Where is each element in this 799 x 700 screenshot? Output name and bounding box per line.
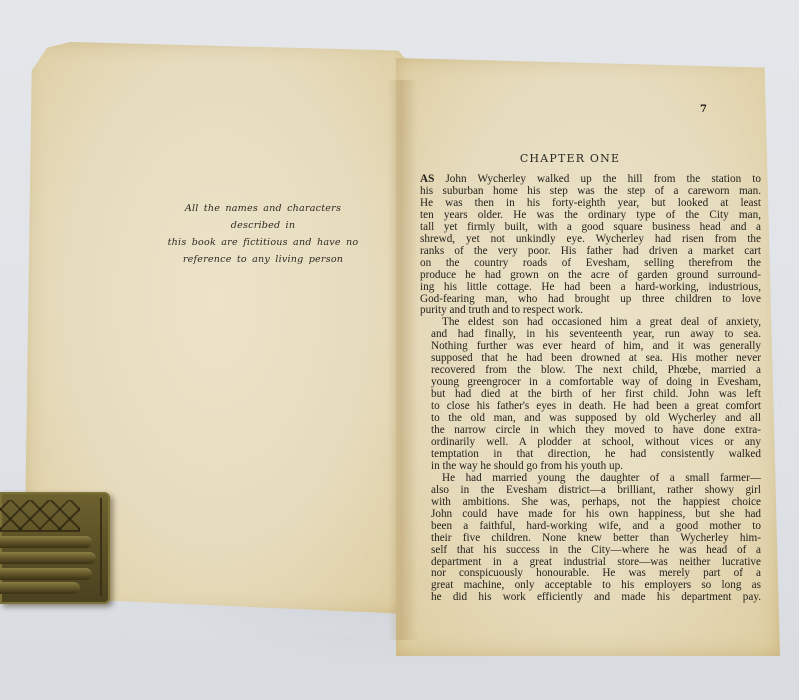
bookmark-rib [0,582,80,594]
text-line: shrewd, yet not unkindly eye. Wycherley … [420,234,761,246]
text-line: tall yet firmly built, with a good squar… [420,222,761,234]
paragraph: AS John Wycherley walked up the hill fro… [420,174,761,317]
lattice-pattern [0,500,80,532]
paragraph: The eldest son had occasioned him a grea… [420,317,761,472]
page-number: 7 [700,104,707,115]
disclaimer-line: reference to any living person [158,251,368,268]
text-line: on the country roads of Evesham, selling… [420,258,761,270]
text-line: ranks of the very poor. His father had d… [420,246,761,258]
bookmark-frame [100,498,102,596]
text-line: been a faithful, hard-working wife, and … [420,521,761,533]
book-gutter [388,80,418,640]
disclaimer-line: All the names and characters described i… [158,200,368,234]
bookmark-rib [0,568,92,580]
chapter-title: CHAPTER ONE [470,152,670,165]
text-line: produce he had grown on the acre of gard… [420,270,761,282]
bookmark-rib [0,552,96,564]
dropcap: AS [420,173,434,185]
text-line: ing his little cottage. He had been a ha… [420,282,761,294]
brass-bookmark-clip [0,492,110,604]
text-line: self that his success in the City—where … [420,545,761,557]
disclaimer-line: this book are fictitious and have no [158,234,368,251]
paragraph: He had married young the daughter of a s… [420,473,761,604]
fiction-disclaimer: All the names and characters described i… [158,200,368,268]
chapter-body: AS John Wycherley walked up the hill fro… [420,174,761,604]
text-line: John could have made for his own happine… [420,509,761,521]
text-line: also in the Evesham district—a brilliant… [420,485,761,497]
text-line: he did his work efficiently and made his… [420,592,761,604]
bookmark-rib [0,536,92,548]
text-line: their five children. None knew better th… [420,533,761,545]
text-line: with ambitions. She was, perhaps, not th… [420,497,761,509]
text-line: He had married young the daughter of a s… [420,473,761,485]
